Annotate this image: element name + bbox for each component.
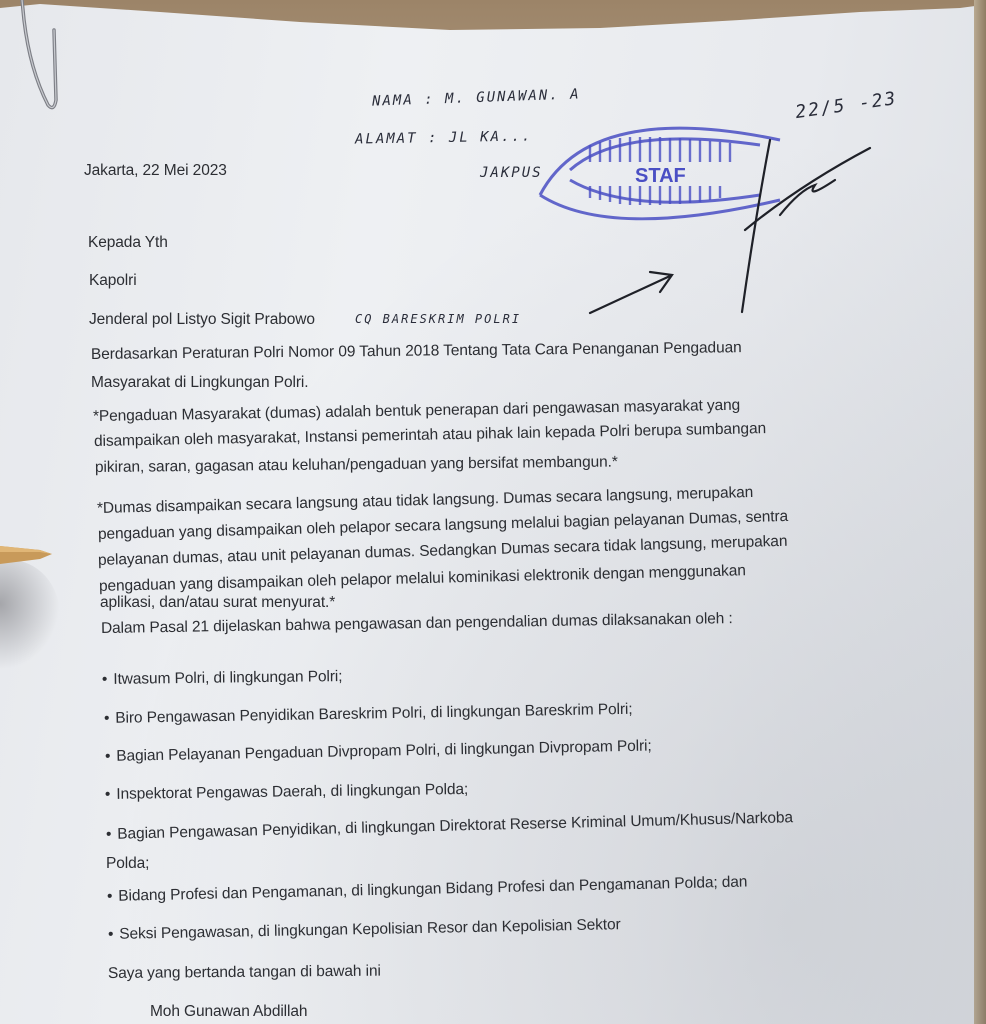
channels-line-5: aplikasi, dan/atau surat menyurat.* <box>100 594 335 612</box>
handwritten-cq: CQ BARESKRIM POLRI <box>355 312 521 326</box>
official-stamp: STAF <box>530 100 790 240</box>
intro-line-2: Masyarakat di Lingkungan Polri. <box>91 374 308 392</box>
recipient-name: Jenderal pol Listyo Sigit Prabowo <box>89 311 315 329</box>
paper-stack-edge <box>974 0 986 1024</box>
recipient-office: Kapolri <box>89 272 137 290</box>
bullet-continuation: Polda; <box>106 855 149 873</box>
paperclip-icon <box>10 0 58 115</box>
recipient-salutation: Kepada Yth <box>88 234 168 252</box>
signer-name: Moh Gunawan Abdillah <box>150 1003 307 1021</box>
bullet-item: Itwasum Polri, di lingkungan Polri; <box>102 668 343 689</box>
closing-line: Saya yang bertanda tangan di bawah ini <box>108 963 381 983</box>
pen-tip-icon <box>0 540 55 570</box>
stamp-text: STAF <box>635 165 686 187</box>
letter-date: Jakarta, 22 Mei 2023 <box>84 162 227 180</box>
handwritten-address: ALAMAT : JL KA... <box>355 128 533 147</box>
